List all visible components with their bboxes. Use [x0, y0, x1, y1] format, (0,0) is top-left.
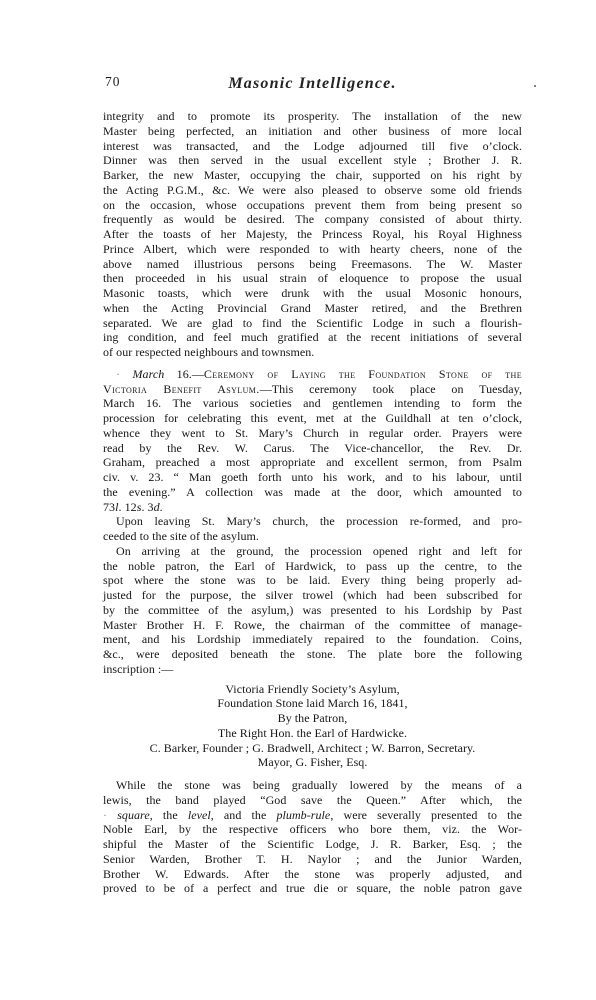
text-line: Senior Warden, Brother T. H. Naylor ; an…: [103, 852, 522, 867]
inscription-block: Victoria Friendly Society’s Asylum,Found…: [103, 682, 522, 771]
text-line: &c., were deposited beneath the stone. T…: [103, 647, 522, 662]
page-body: integrity and to promote its prosperity.…: [103, 109, 522, 896]
text-line: While the stone was being gradually lowe…: [103, 778, 522, 793]
text-line: Noble Earl, by the respective officers w…: [103, 822, 522, 837]
text-line: Dinner was then served in the usual exce…: [103, 153, 522, 168]
text-line: ment, and his Lordship immediately repai…: [103, 632, 522, 647]
text-line: C. Barker, Founder ; G. Bradwell, Archit…: [103, 741, 522, 756]
text-line: proved to be of a perfect and true die o…: [103, 881, 522, 896]
stone-laying-paragraph: On arriving at the ground, the processio…: [103, 544, 522, 677]
text-line: then proceeded in his usual strain of el…: [103, 271, 522, 286]
text-line: Foundation Stone laid March 16, 1841,: [103, 696, 522, 711]
text-line: Mayor, G. Fisher, Esq.: [103, 755, 522, 770]
text-line: when the Acting Provincial Grand Master …: [103, 301, 522, 316]
ink-speck: [534, 85, 536, 87]
text-line: Graham, preached a most appropriate and …: [103, 455, 522, 470]
text-line: ing condition, and feel much gratified a…: [103, 330, 522, 345]
scanned-page: 70 Masonic Intelligence. integrity and t…: [0, 0, 596, 1000]
text-line: interest was transacted, and the Lodge a…: [103, 139, 522, 154]
text-line: After the toasts of her Majesty, the Pri…: [103, 227, 522, 242]
installation-paragraph: integrity and to promote its prosperity.…: [103, 109, 522, 360]
text-line: read by the Rev. W. Carus. The Vice-chan…: [103, 441, 522, 456]
text-line: above named illustrious persons being Fr…: [103, 257, 522, 272]
text-line: Barker, the new Master, occupying the ch…: [103, 168, 522, 183]
text-line: the Acting P.G.M., &c. We were also plea…: [103, 183, 522, 198]
text-line: Master being perfected, an initiation an…: [103, 124, 522, 139]
text-line: of our respected neighbours and townsmen…: [103, 345, 522, 360]
text-line: justed for the purpose, the silver trowe…: [103, 588, 522, 603]
text-line: integrity and to promote its prosperity.…: [103, 109, 522, 124]
text-line: the noble patron, the Earl of Hardwick, …: [103, 559, 522, 574]
text-line: inscription :—: [103, 662, 522, 677]
text-line: · square, the level, and the plumb-rule,…: [103, 808, 522, 823]
text-line: procession for celebrating this event, m…: [103, 411, 522, 426]
text-line: Brother W. Edwards. After the stone was …: [103, 867, 522, 882]
text-line: Prince Albert, which were responded to w…: [103, 242, 522, 257]
text-line: 73l. 12s. 3d.: [103, 500, 522, 515]
text-line: Masonic toasts, which were drunk with th…: [103, 286, 522, 301]
stone-lowering-paragraph: While the stone was being gradually lowe…: [103, 778, 522, 896]
text-line: By the Patron,: [103, 711, 522, 726]
running-title: Masonic Intelligence.: [103, 75, 522, 93]
text-line: by the committee of the asylum,) was pre…: [103, 603, 522, 618]
text-line: Upon leaving St. Mary’s church, the proc…: [103, 514, 522, 529]
text-line: frequently as would be desired. The comp…: [103, 212, 522, 227]
text-line: separated. We are glad to find the Scien…: [103, 316, 522, 331]
text-line: March 16. The various societies and gent…: [103, 396, 522, 411]
text-line: on the occasion, whose occupations preve…: [103, 198, 522, 213]
text-line: lewis, the band played “God save the Que…: [103, 793, 522, 808]
text-line: civ. v. 23. “ Man goeth forth unto his w…: [103, 470, 522, 485]
page-header: 70 Masonic Intelligence.: [103, 72, 522, 98]
ceremony-paragraph: · March 16.—Ceremony of Laying the Found…: [103, 367, 522, 515]
text-line: Master Brother H. F. Rowe, the chairman …: [103, 618, 522, 633]
text-line: · March 16.—Ceremony of Laying the Found…: [103, 367, 522, 382]
procession-paragraph: Upon leaving St. Mary’s church, the proc…: [103, 514, 522, 544]
text-line: Victoria Friendly Society’s Asylum,: [103, 682, 522, 697]
text-line: ceeded to the site of the asylum.: [103, 529, 522, 544]
text-line: spot where the stone was to be laid. Eve…: [103, 573, 522, 588]
text-line: whence they went to St. Mary’s Church in…: [103, 426, 522, 441]
text-line: The Right Hon. the Earl of Hardwicke.: [103, 726, 522, 741]
text-line: the evening.” A collection was made at t…: [103, 485, 522, 500]
text-line: shipful the Master of the Scientific Lod…: [103, 837, 522, 852]
text-line: On arriving at the ground, the processio…: [103, 544, 522, 559]
text-line: Victoria Benefit Asylum.—This ceremony t…: [103, 382, 522, 397]
